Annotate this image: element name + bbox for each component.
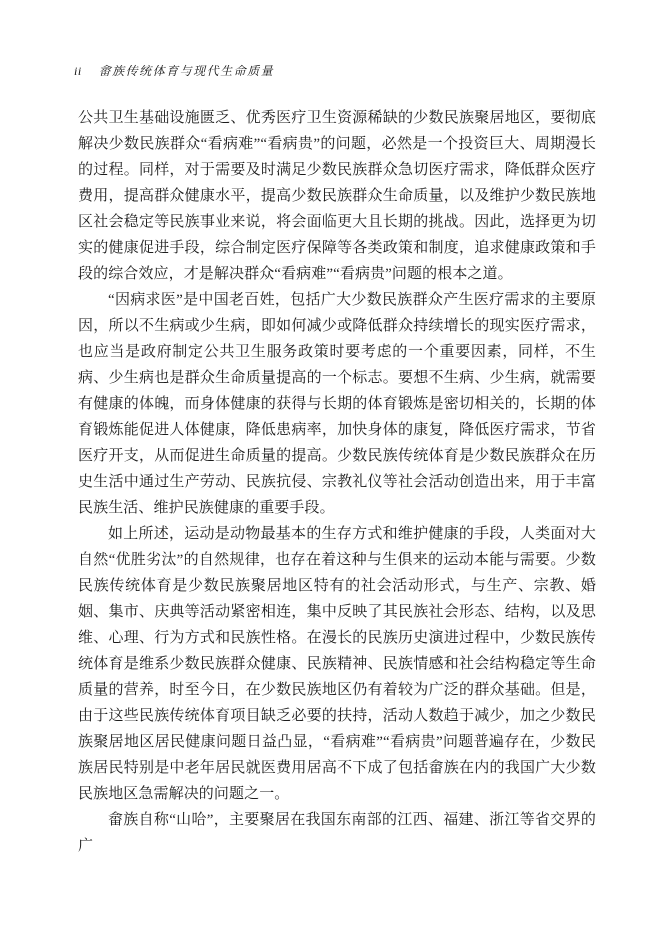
- page-number: ii: [74, 64, 82, 79]
- paragraph-2: “因病求医”是中国老百姓，包括广大少数民族群众产生医疗需求的主要原因，所以不生病…: [78, 287, 596, 521]
- paragraph-4: 畲族自称“山哈”，主要聚居在我国东南部的江西、福建、浙江等省交界的广: [78, 807, 596, 859]
- running-header: ii 畲族传统体育与现代生命质量: [74, 62, 274, 79]
- running-title: 畲族传统体育与现代生命质量: [99, 62, 275, 79]
- book-page: ii 畲族传统体育与现代生命质量 公共卫生基础设施匮乏、优秀医疗卫生资源稀缺的少…: [0, 0, 661, 925]
- paragraph-3: 如上所述，运动是动物最基本的生存方式和维护健康的手段，人类面对大自然“优胜劣汰”…: [78, 521, 596, 807]
- paragraph-1: 公共卫生基础设施匮乏、优秀医疗卫生资源稀缺的少数民族聚居地区，要彻底解决少数民族…: [78, 105, 596, 287]
- body-text: 公共卫生基础设施匮乏、优秀医疗卫生资源稀缺的少数民族聚居地区，要彻底解决少数民族…: [78, 105, 596, 859]
